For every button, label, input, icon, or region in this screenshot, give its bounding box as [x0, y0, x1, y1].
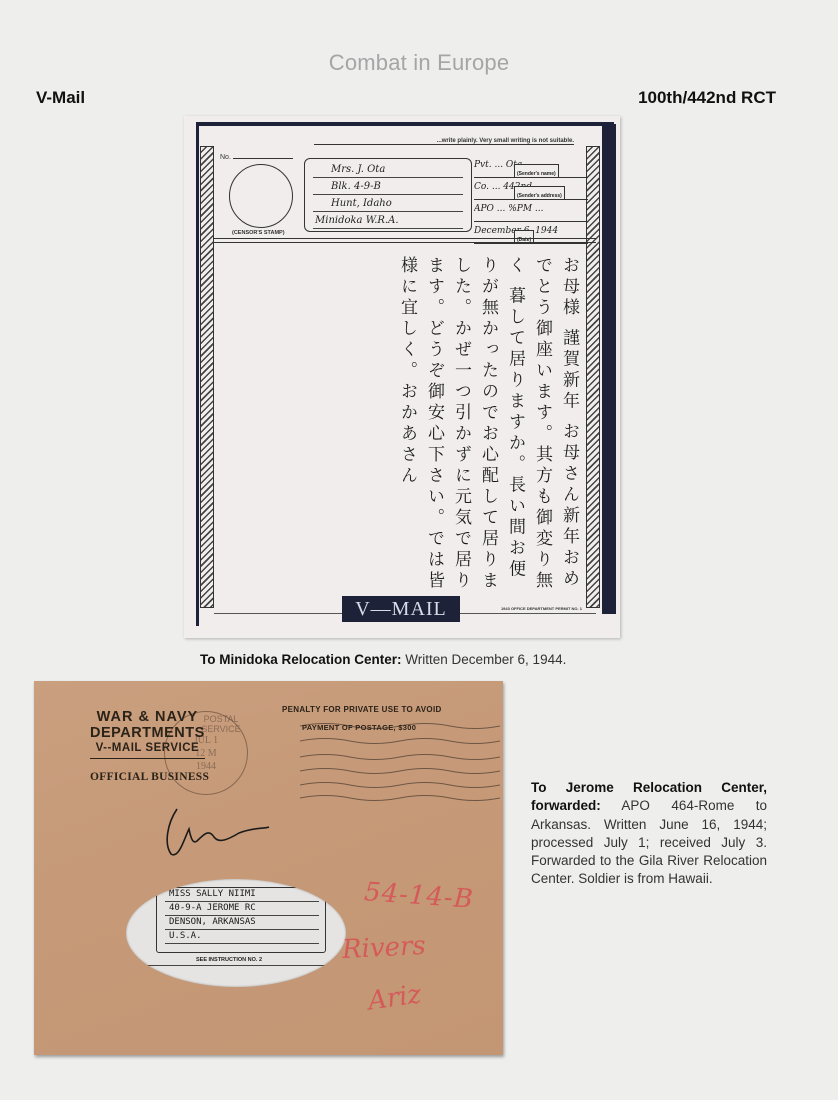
window-address-line: DENSON, ARKANSAS — [165, 916, 319, 930]
vmail-badge: V—MAIL — [342, 596, 460, 622]
sender-address-label: (Sender's address) — [514, 186, 565, 200]
address-window: MISS SALLY NIIMI 40-9-A JEROME RC DENSON… — [126, 879, 346, 987]
window-rule — [126, 965, 346, 966]
writing-notice: ...write plainly. Very small writing is … — [314, 138, 574, 145]
red-pencil-code: 54-14-B — [363, 877, 475, 915]
header-right-label: 100th/442nd RCT — [638, 88, 776, 108]
window-address-line: 40-9-A JEROME RC — [165, 902, 319, 916]
censor-number: No. — [220, 154, 293, 161]
recipient-address-box: Mrs. J. Ota Blk. 4-9-B Hunt, Idaho Minid… — [304, 158, 472, 232]
vmail-envelope-image: POSTAL SERVICE JUL 1 12 M 1944 WAR & NAV… — [34, 681, 503, 1055]
org-line: DEPARTMENTS — [90, 725, 205, 741]
address-line: Blk. 4-9-B — [313, 178, 463, 195]
address-line: Minidoka W.R.A. — [313, 212, 463, 229]
censor-number-label: No. — [220, 154, 231, 161]
hatched-border-left — [200, 146, 214, 608]
vmail-letter-image: ...write plainly. Very small writing is … — [184, 116, 620, 638]
red-pencil-ariz: Ariz — [366, 979, 423, 1016]
censor-signature — [159, 799, 279, 859]
caption-minidoka-title: To Minidoka Relocation Center: — [200, 652, 402, 667]
censor-stamp-circle — [229, 164, 293, 228]
sender-name-label: (Sender's name) — [514, 164, 559, 178]
letter-edge-bar — [602, 124, 616, 614]
address-line: Hunt, Idaho — [313, 195, 463, 212]
penalty-notice: PENALTY FOR PRIVATE USE TO AVOID — [282, 705, 442, 714]
sender-line: Co. ... 442nd(Sender's address) — [474, 178, 588, 200]
sender-apo: APO ... %PM ... — [474, 204, 544, 214]
sender-line: APO ... %PM ... — [474, 200, 588, 222]
handwritten-message: お母様 謹賀新年 お母さん新年おめでとう御座います。其方も御変り無く 暮して居り… — [218, 246, 590, 598]
caption-minidoka-text: Written December 6, 1944. — [402, 652, 567, 667]
org-line: WAR & NAVY — [90, 709, 205, 725]
payment-notice: PAYMENT OF POSTAGE, $300 — [302, 723, 416, 732]
print-mark: 1943 OFFICE DEPARTMENT PERMIT NO. 1 — [501, 606, 582, 611]
header-left-label: V-Mail — [36, 88, 85, 108]
sender-line: Pvt. ... Ota(Sender's name) — [474, 156, 588, 178]
page-title: Combat in Europe — [0, 50, 838, 76]
org-line: V--MAIL SERVICE — [90, 742, 205, 759]
censor-number-line — [233, 158, 293, 159]
red-pencil-rivers: Rivers — [341, 931, 426, 965]
official-business: OFFICIAL BUSINESS — [90, 771, 209, 783]
caption-minidoka: To Minidoka Relocation Center: Written D… — [200, 652, 566, 667]
censor-stamp-label: (CENSOR'S STAMP) — [232, 230, 285, 236]
window-address-line: U.S.A. — [165, 930, 319, 944]
sender-block: Pvt. ... Ota(Sender's name) Co. ... 442n… — [474, 156, 588, 244]
envelope-org-block: WAR & NAVY DEPARTMENTS V--MAIL SERVICE — [90, 709, 205, 759]
caption-jerome: To Jerome Relocation Center, forwarded: … — [531, 779, 767, 889]
window-address-box: MISS SALLY NIIMI 40-9-A JEROME RC DENSON… — [156, 887, 326, 953]
window-address-line: MISS SALLY NIIMI — [165, 888, 319, 902]
address-line: Mrs. J. Ota — [313, 161, 463, 178]
window-instruction: SEE INSTRUCTION NO. 2 — [196, 957, 262, 963]
header-divider — [214, 238, 596, 243]
